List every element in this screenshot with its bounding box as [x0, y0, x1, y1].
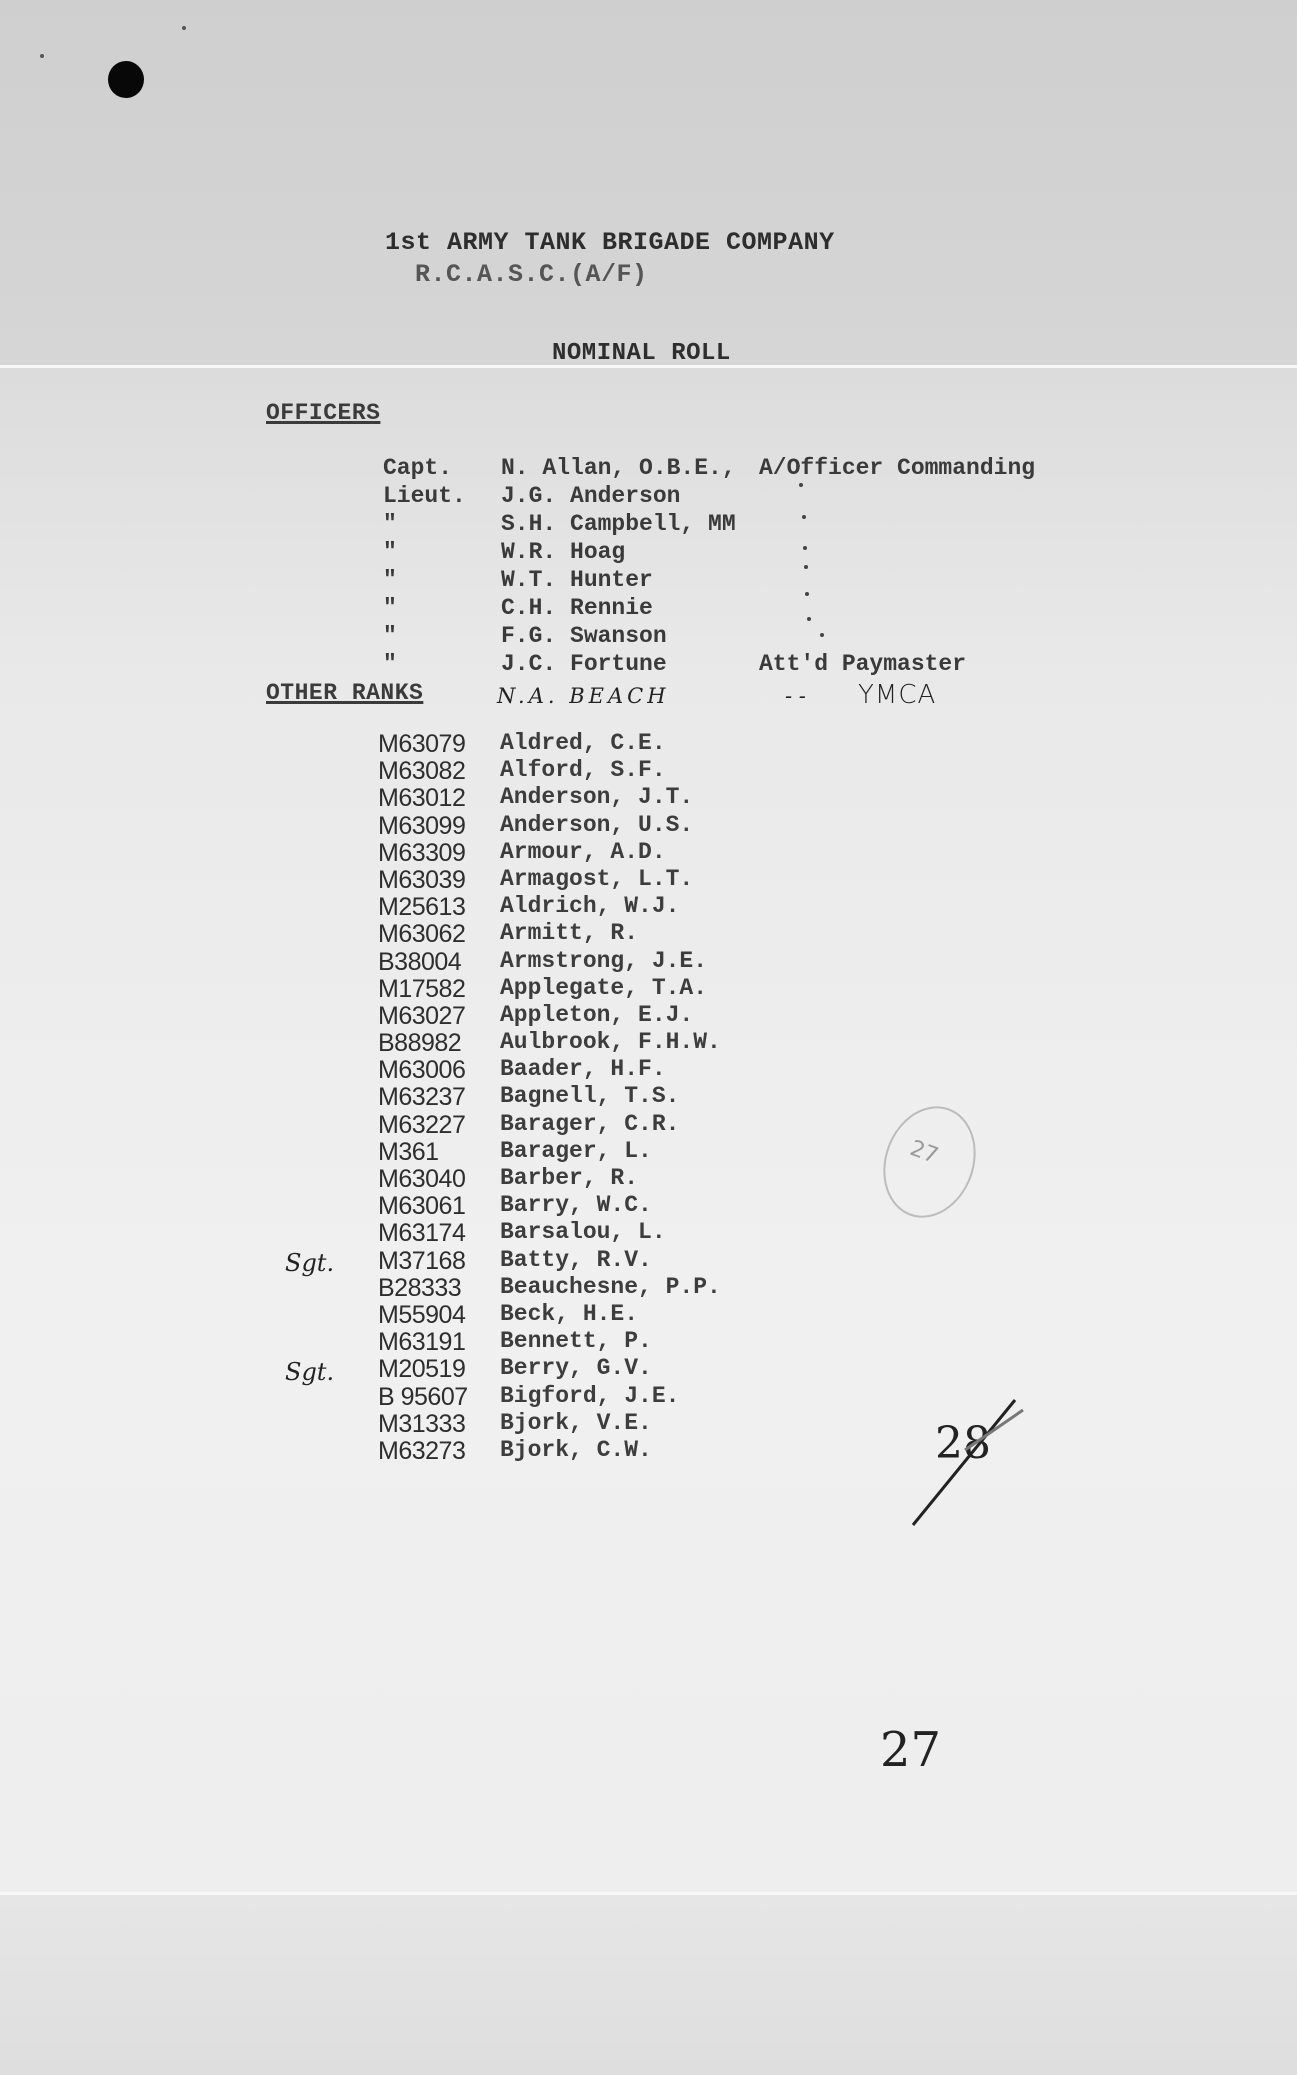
soldier-name: Armitt, R. — [500, 920, 638, 947]
other-rank-row: M55904Beck, H.E. — [378, 1301, 721, 1328]
service-number: M63039 — [378, 866, 500, 893]
officer-row: Lieut.J.G. Anderson — [383, 483, 1035, 511]
service-number: M55904 — [378, 1301, 500, 1328]
page-top-band — [0, 0, 1297, 366]
officer-row: "S.H. Campbell, MM — [383, 511, 1035, 539]
service-number: M63006 — [378, 1056, 500, 1083]
other-rank-row: M63012Anderson, J.T. — [378, 784, 721, 811]
officer-row: "W.T. Hunter — [383, 567, 1035, 595]
soldier-name: Bennett, P. — [500, 1328, 652, 1355]
officers-heading: OFFICERS — [266, 400, 380, 426]
other-rank-row: M63191Bennett, P. — [378, 1328, 721, 1355]
soldier-name: Armagost, L.T. — [500, 866, 693, 893]
handwritten-rank-annotation: Sgt. — [285, 1358, 334, 1386]
soldier-name: Aldrich, W.J. — [500, 893, 679, 920]
officer-row: "W.R. Hoag — [383, 539, 1035, 567]
document-title: NOMINAL ROLL — [552, 340, 731, 367]
other-rank-row: M17582Applegate, T.A. — [378, 975, 721, 1002]
service-number: M63062 — [378, 920, 500, 947]
officer-rank: Lieut. — [383, 483, 501, 511]
soldier-name: Barager, C.R. — [500, 1111, 679, 1138]
soldier-name: Armour, A.D. — [500, 839, 666, 866]
soldier-name: Aldred, C.E. — [500, 730, 666, 757]
other-rank-row: M25613Aldrich, W.J. — [378, 893, 721, 920]
other-rank-row: M63039Armagost, L.T. — [378, 866, 721, 893]
officer-name: J.C. Fortune — [501, 651, 751, 679]
other-rank-row: M63227Barager, C.R. — [378, 1111, 721, 1138]
soldier-name: Berry, G.V. — [500, 1355, 652, 1382]
other-rank-row: M20519Berry, G.V. — [378, 1355, 721, 1382]
service-number: M63273 — [378, 1437, 500, 1464]
other-rank-row: M63237Bagnell, T.S. — [378, 1083, 721, 1110]
soldier-name: Beck, H.E. — [500, 1301, 638, 1328]
officer-row: "J.C. FortuneAtt'd Paymaster — [383, 651, 1035, 679]
officer-name: J.G. Anderson — [501, 483, 751, 511]
officer-name: F.G. Swanson — [501, 623, 751, 651]
officer-rank: " — [383, 595, 501, 623]
other-ranks-heading: OTHER RANKS — [266, 680, 423, 706]
other-rank-row: M63309Armour, A.D. — [378, 839, 721, 866]
officer-name: W.T. Hunter — [501, 567, 751, 595]
tick-mark — [796, 464, 800, 468]
other-rank-row: B38004Armstrong, J.E. — [378, 948, 721, 975]
other-rank-row: M361Barager, L. — [378, 1138, 721, 1165]
soldier-name: Appleton, E.J. — [500, 1002, 693, 1029]
service-number: B28333 — [378, 1274, 500, 1301]
speck — [182, 26, 186, 30]
soldier-name: Alford, S.F. — [500, 757, 666, 784]
other-rank-row: M63099Anderson, U.S. — [378, 812, 721, 839]
soldier-name: Aulbrook, F.H.W. — [500, 1029, 721, 1056]
officer-row: "F.G. Swanson — [383, 623, 1035, 651]
soldier-name: Anderson, J.T. — [500, 784, 693, 811]
other-rank-row: M63082Alford, S.F. — [378, 757, 721, 784]
officers-list: Capt.N. Allan, O.B.E.,A/Officer Commandi… — [383, 455, 1035, 679]
unit-name: 1st ARMY TANK BRIGADE COMPANY — [385, 228, 835, 257]
other-rank-row: M31333Bjork, V.E. — [378, 1410, 721, 1437]
officer-role: A/Officer Commanding — [759, 455, 1035, 483]
service-number: M63227 — [378, 1111, 500, 1138]
other-rank-row: M63061Barry, W.C. — [378, 1192, 721, 1219]
service-number: M63309 — [378, 839, 500, 866]
officer-name: C.H. Rennie — [501, 595, 751, 623]
service-number: M63079 — [378, 730, 500, 757]
hole-punch-icon — [108, 61, 144, 98]
soldier-name: Bagnell, T.S. — [500, 1083, 679, 1110]
soldier-name: Armstrong, J.E. — [500, 948, 707, 975]
soldier-name: Barber, R. — [500, 1165, 638, 1192]
service-number: M63061 — [378, 1192, 500, 1219]
soldier-name: Baader, H.F. — [500, 1056, 666, 1083]
soldier-name: Anderson, U.S. — [500, 812, 693, 839]
soldier-name: Batty, R.V. — [500, 1247, 652, 1274]
other-rank-row: M37168Batty, R.V. — [378, 1247, 721, 1274]
service-number: B88982 — [378, 1029, 500, 1056]
officer-name: N. Allan, O.B.E., — [501, 455, 751, 483]
handwritten-separator: - - — [785, 684, 806, 708]
service-number: M20519 — [378, 1355, 500, 1382]
service-number: M63099 — [378, 812, 500, 839]
fold-line — [0, 1892, 1297, 1895]
other-rank-row: M63174Barsalou, L. — [378, 1219, 721, 1246]
soldier-name: Barager, L. — [500, 1138, 652, 1165]
page-number: 27 — [880, 1722, 941, 1778]
officer-rank: " — [383, 539, 501, 567]
soldier-name: Beauchesne, P.P. — [500, 1274, 721, 1301]
service-number: M63237 — [378, 1083, 500, 1110]
service-number: M17582 — [378, 975, 500, 1002]
service-number: M63174 — [378, 1219, 500, 1246]
other-rank-row: M63040Barber, R. — [378, 1165, 721, 1192]
other-rank-row: M63006Baader, H.F. — [378, 1056, 721, 1083]
soldier-name: Barry, W.C. — [500, 1192, 652, 1219]
tick-mark — [804, 565, 808, 569]
other-rank-row: M63062Armitt, R. — [378, 920, 721, 947]
officer-rank: " — [383, 511, 501, 539]
other-rank-row: M63273Bjork, C.W. — [378, 1437, 721, 1464]
soldier-name: Applegate, T.A. — [500, 975, 707, 1002]
service-number: M63082 — [378, 757, 500, 784]
soldier-name: Bigford, J.E. — [500, 1383, 679, 1410]
speck — [40, 54, 44, 58]
other-rank-row: B88982Aulbrook, F.H.W. — [378, 1029, 721, 1056]
other-rank-row: B 95607Bigford, J.E. — [378, 1383, 721, 1410]
handwritten-rank-annotation: Sgt. — [285, 1249, 334, 1277]
officer-row: Capt.N. Allan, O.B.E.,A/Officer Commandi… — [383, 455, 1035, 483]
service-number: M63040 — [378, 1165, 500, 1192]
service-number: M63027 — [378, 1002, 500, 1029]
service-number: M63191 — [378, 1328, 500, 1355]
tick-mark — [803, 546, 807, 550]
service-number: M31333 — [378, 1410, 500, 1437]
officer-row: "C.H. Rennie — [383, 595, 1035, 623]
officer-rank: " — [383, 567, 501, 595]
officer-name: W.R. Hoag — [501, 539, 751, 567]
service-number: M25613 — [378, 893, 500, 920]
officer-role: Att'd Paymaster — [759, 651, 966, 679]
soldier-name: Bjork, C.W. — [500, 1437, 652, 1464]
corps-name: R.C.A.S.C.(A/F) — [415, 260, 648, 289]
service-number: B38004 — [378, 948, 500, 975]
soldier-name: Bjork, V.E. — [500, 1410, 652, 1437]
page-bottom-band — [0, 1895, 1297, 2075]
handwritten-note: YMCA — [858, 680, 936, 710]
service-number: M361 — [378, 1138, 500, 1165]
officer-rank: Capt. — [383, 455, 501, 483]
other-ranks-list: M63079Aldred, C.E.M63082Alford, S.F.M630… — [378, 730, 721, 1464]
strike-through-icon — [905, 1390, 1035, 1530]
service-number: B 95607 — [378, 1383, 500, 1410]
officer-rank: " — [383, 623, 501, 651]
officer-name: S.H. Campbell, MM — [501, 511, 751, 539]
tick-mark — [805, 592, 809, 596]
tick-mark — [799, 483, 803, 487]
officer-rank: " — [383, 651, 501, 679]
other-rank-row: M63079Aldred, C.E. — [378, 730, 721, 757]
service-number: M37168 — [378, 1247, 500, 1274]
handwritten-name: N.A. BEACH — [497, 684, 670, 708]
other-rank-row: M63027Appleton, E.J. — [378, 1002, 721, 1029]
tick-mark — [807, 617, 811, 621]
other-rank-row: B28333Beauchesne, P.P. — [378, 1274, 721, 1301]
tick-mark — [802, 515, 806, 519]
soldier-name: Barsalou, L. — [500, 1219, 666, 1246]
tick-mark — [820, 633, 824, 637]
service-number: M63012 — [378, 784, 500, 811]
